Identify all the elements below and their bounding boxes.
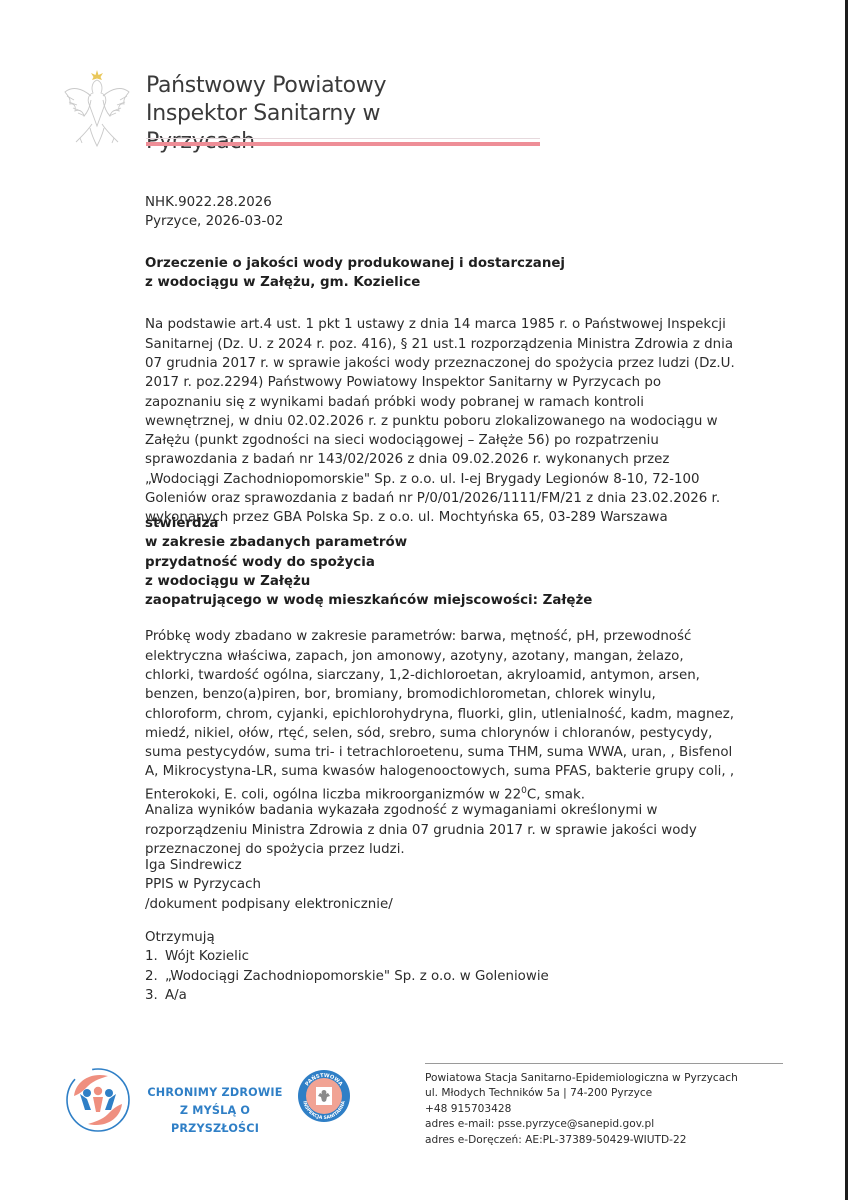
station-email: adres e-mail: psse.pyrzyce@sanepid.gov.p…	[425, 1117, 738, 1132]
footer-divider	[425, 1063, 783, 1064]
recipients-list: Otrzymują 1.Wójt Kozielic 2.„Wodociągi Z…	[145, 928, 549, 1005]
document-title-line2: z wodociągu w Załężu, gm. Kozielice	[145, 273, 565, 292]
recipient-number: 3.	[145, 986, 165, 1005]
sanitary-inspection-seal-icon: PAŃSTWOWA INSPEKCJA SANITARNA	[296, 1068, 352, 1124]
recipient-item: 1.Wójt Kozielic	[145, 947, 549, 966]
decision-line: z wodociągu w Załężu	[145, 572, 592, 591]
tested-parameters-end: C, smak.	[527, 787, 585, 802]
recipient-name: Wójt Kozielic	[165, 949, 249, 964]
people-in-hands-logo-icon	[64, 1066, 132, 1134]
station-address: Powiatowa Stacja Sanitarno-Epidemiologic…	[425, 1071, 738, 1148]
decision-line: zaopatrującego w wodę mieszkańców miejsc…	[145, 591, 592, 610]
signature-block: Iga Sindrewicz PPIS w Pyrzycach /dokumen…	[145, 856, 393, 914]
slogan-line1: CHRONIMY ZDROWIE	[145, 1084, 285, 1102]
decision-line: w zakresie zbadanych parametrów	[145, 533, 592, 552]
station-street: ul. Młodych Techników 5a | 74-200 Pyrzyc…	[425, 1086, 738, 1101]
recipient-name: A/a	[165, 988, 187, 1003]
document-title-line1: Orzeczenie o jakości wody produkowanej i…	[145, 254, 565, 273]
decision-statement: stwierdza w zakresie zbadanych parametró…	[145, 514, 592, 610]
decision-line: przydatność wody do spożycia	[145, 553, 592, 572]
header-divider-thin	[146, 138, 540, 139]
case-number: NHK.9022.28.2026	[145, 193, 283, 212]
document-title: Orzeczenie o jakości wody produkowanej i…	[145, 254, 565, 293]
issuer-name-line1: Państwowy Powiatowy	[146, 72, 492, 100]
campaign-slogan: CHRONIMY ZDROWIE Z MYŚLĄ O PRZYSZŁOŚCI	[145, 1084, 285, 1138]
document-reference: NHK.9022.28.2026 Pyrzyce, 2026-03-02	[145, 193, 283, 232]
recipient-number: 2.	[145, 967, 165, 986]
header-divider-red	[146, 142, 540, 146]
place-and-date: Pyrzyce, 2026-03-02	[145, 212, 283, 231]
recipients-heading: Otrzymują	[145, 928, 549, 947]
station-e-delivery: adres e-Doręczeń: AE:PL-37389-50429-WIUT…	[425, 1133, 738, 1148]
signatory-position: PPIS w Pyrzycach	[145, 875, 393, 894]
recipient-number: 1.	[145, 947, 165, 966]
tested-parameters-paragraph: Próbkę wody zbadano w zakresie parametró…	[145, 627, 735, 804]
signatory-name: Iga Sindrewicz	[145, 856, 393, 875]
polish-eagle-emblem-icon	[62, 66, 132, 148]
recipient-item: 2.„Wodociągi Zachodniopomorskie" Sp. z o…	[145, 967, 549, 986]
legal-basis-paragraph: Na podstawie art.4 ust. 1 pkt 1 ustawy z…	[145, 315, 735, 527]
signature-note: /dokument podpisany elektronicznie/	[145, 895, 393, 914]
recipient-name: „Wodociągi Zachodniopomorskie" Sp. z o.o…	[165, 969, 549, 984]
recipient-item: 3.A/a	[145, 986, 549, 1005]
station-name: Powiatowa Stacja Sanitarno-Epidemiologic…	[425, 1071, 738, 1086]
conclusion-paragraph: Analiza wyników badania wykazała zgodnoś…	[145, 801, 735, 859]
decision-line: stwierdza	[145, 514, 592, 533]
slogan-line2: Z MYŚLĄ O PRZYSZŁOŚCI	[145, 1102, 285, 1138]
tested-parameters-text: Próbkę wody zbadano w zakresie parametró…	[145, 629, 734, 802]
letterhead: Państwowy Powiatowy Inspektor Sanitarny …	[62, 62, 492, 152]
station-phone: +48 915703428	[425, 1102, 738, 1117]
issuer-name-line2: Inspektor Sanitarny w Pyrzycach	[146, 100, 492, 156]
